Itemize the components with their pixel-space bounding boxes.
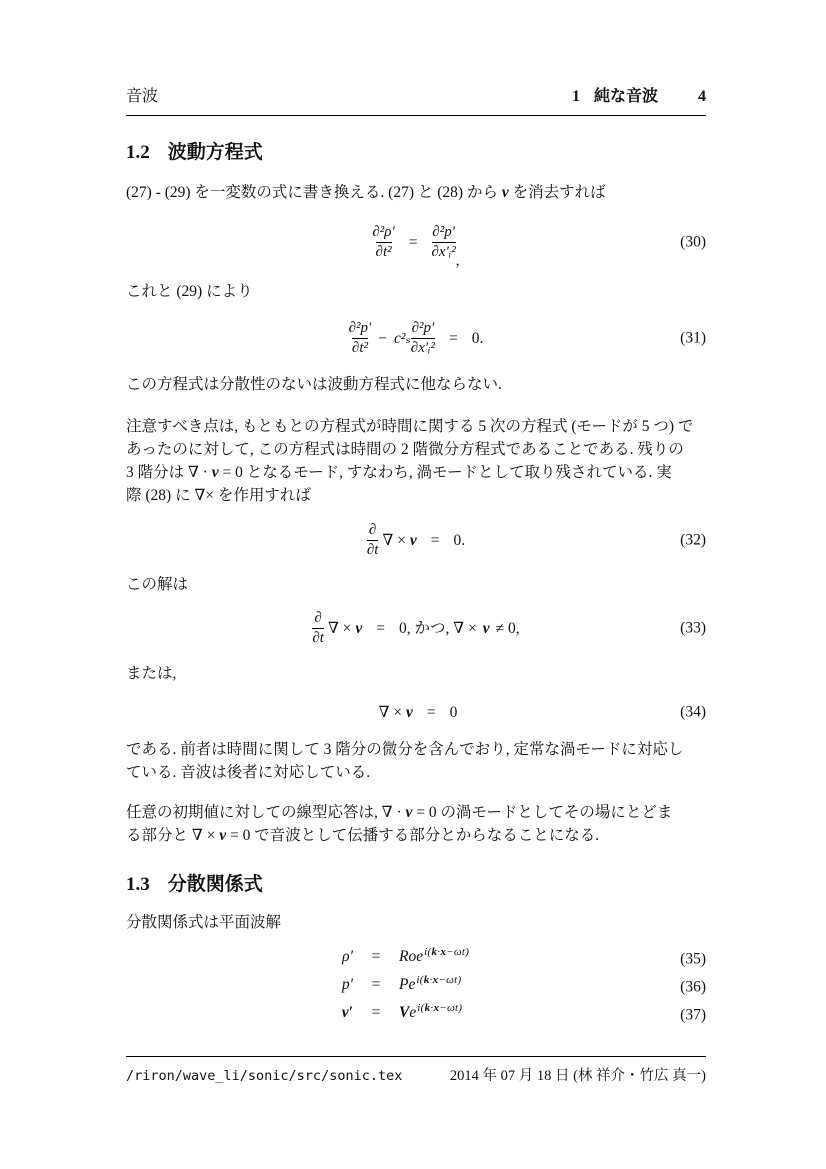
paragraph-wave-equation: この方程式は分散性のないは波動方程式に他ならない. — [126, 373, 706, 396]
denominator: ∂t² — [352, 338, 368, 357]
equation-label-30: (30) — [680, 231, 706, 254]
fraction-1: ∂²p′ ∂t² — [349, 320, 372, 357]
note-line-1: 注意すべき点は, もともとの方程式が時間に関する 5 次の方程式 (モードが 5… — [126, 415, 706, 438]
zero: 0 — [450, 701, 458, 724]
equation-label-35: (35) — [680, 948, 706, 971]
text: る部分と ∇ × — [126, 827, 219, 844]
numerator: ∂²p′ — [432, 224, 455, 241]
amplitude: Ro — [399, 948, 416, 965]
exp-base: e — [416, 948, 423, 965]
fraction-lhs: ∂²ρ′ ∂t² — [372, 224, 394, 261]
zero: 0. — [472, 327, 484, 350]
chapter-number: 1 — [572, 85, 580, 108]
section-title: 波動方程式 — [168, 141, 263, 164]
equation-label-37: (37) — [680, 1004, 706, 1027]
rhs: Roei(k·x−ωt) — [399, 945, 549, 970]
denominator: ∂t² — [376, 242, 392, 261]
math-v-prime: v′ — [283, 1001, 353, 1024]
equation-30: ∂²ρ′ ∂t² = ∂²p′ ∂x′ᵢ² , (30) — [126, 215, 706, 269]
text: = 0 で音波として伝播する部分とからなることになる. — [226, 827, 599, 844]
curl-operator: ∇ × — [328, 617, 351, 640]
math-v: v — [355, 617, 362, 640]
equals-sign: = — [376, 617, 385, 640]
math-p-prime: p′ — [283, 973, 353, 996]
text: i( — [416, 974, 423, 986]
footer-row: /riron/wave_li/sonic/src/sonic.tex 2014 … — [126, 1065, 706, 1088]
time-derivative: ∂ ∂t — [312, 610, 324, 647]
chapter-title: 純な音波 — [594, 85, 658, 108]
footer-rule — [126, 1056, 706, 1057]
math-v: v — [502, 184, 509, 201]
paragraph-linear-response: 任意の初期値に対しての線型応答は, ∇ · v = 0 の渦モードとしてその場に… — [126, 801, 706, 847]
rhs: Vei(k·x−ωt) — [399, 1001, 549, 1026]
math-v: v — [410, 529, 417, 552]
paragraph-or: または, — [126, 662, 706, 685]
equation-35: ρ′ = Roei(k·x−ωt) (35) — [126, 945, 706, 973]
page-footer: /riron/wave_li/sonic/src/sonic.tex 2014 … — [126, 1056, 706, 1088]
zero: 0. — [454, 529, 466, 552]
math-v: v — [406, 701, 413, 724]
text: = 0 の渦モードとしてその場にとどま — [412, 804, 672, 821]
rhs: Pei(k·x−ωt) — [399, 973, 549, 998]
denominator: ∂x′ᵢ² — [432, 242, 456, 261]
exponent: i(k·x−ωt) — [416, 974, 461, 986]
text: を消去すれば — [509, 184, 606, 201]
denominator: ∂t — [367, 540, 379, 559]
math-v: v — [483, 617, 490, 640]
page-content: 音波 1 純な音波 4 1.2 波動方程式 (27) - (29) を一変数の式… — [126, 0, 706, 1029]
text: 任意の初期値に対しての線型応答は, ∇ · — [126, 804, 406, 821]
amplitude: V — [399, 1004, 409, 1021]
denominator: ∂t — [312, 628, 324, 647]
equals-sign: = — [409, 231, 418, 254]
page-header: 音波 1 純な音波 4 — [126, 85, 706, 108]
paragraph-solution: この解は — [126, 573, 706, 596]
equals-sign: = — [431, 529, 440, 552]
equation-34: ∇ × v = 0 (34) — [126, 696, 706, 728]
header-chapter-info: 1 純な音波 4 — [572, 85, 706, 108]
fraction-2: ∂²p′ ∂x′ᵢ² — [411, 320, 435, 357]
section-title: 分散関係式 — [168, 873, 263, 896]
linear-line-2: る部分と ∇ × v = 0 で音波として伝播する部分とからなることになる. — [126, 824, 706, 847]
section-number: 1.3 — [126, 873, 150, 896]
exp-base: e — [408, 976, 415, 993]
paragraph-rewrite: (27) - (29) を一変数の式に書き換える. (27) と (28) から… — [126, 181, 706, 204]
equation-33: ∂ ∂t ∇ × v = 0, かつ, ∇ × v ≠ 0, (33) — [126, 605, 706, 651]
math-v: v — [212, 464, 219, 481]
equation-36: p′ = Pei(k·x−ωt) (36) — [126, 973, 706, 1001]
section-number: 1.2 — [126, 141, 150, 164]
section-heading-1-3: 1.3 分散関係式 — [126, 873, 706, 896]
paragraph-dispersion: 分散関係式は平面波解 — [126, 911, 706, 934]
note-line-2: あったのに対して, この方程式は時間の 2 階微分方程式であることである. 残り… — [126, 438, 706, 461]
exponent: i(k·x−ωt) — [424, 946, 469, 958]
note-line-3: 3 階分は ∇ · v = 0 となるモード, すなわち, 渦モードとして取り残… — [126, 461, 706, 484]
numerator: ∂ — [369, 522, 376, 539]
text: −ωt) — [446, 946, 469, 958]
equals-sign: = — [353, 1001, 399, 1024]
numerator: ∂²p′ — [412, 320, 435, 337]
comma: , — [456, 249, 460, 272]
paragraph-note: 注意すべき点は, もともとの方程式が時間に関する 5 次の方程式 (モードが 5… — [126, 415, 706, 507]
equals-sign: = — [353, 945, 399, 968]
text: −ωt) — [438, 974, 461, 986]
denominator: ∂x′ᵢ² — [411, 338, 435, 357]
time-derivative: ∂ ∂t — [367, 522, 379, 559]
numerator: ∂²p′ — [349, 320, 372, 337]
text: −ωt) — [439, 1002, 462, 1014]
footer-source-path: /riron/wave_li/sonic/src/sonic.tex — [126, 1065, 402, 1088]
equation-label-31: (31) — [680, 327, 706, 350]
equals-sign: = — [353, 973, 399, 996]
paragraph-from-29: これと (29) により — [126, 280, 706, 303]
text: 3 階分は ∇ · — [126, 464, 212, 481]
document-page: 音波 1 純な音波 4 1.2 波動方程式 (27) - (29) を一変数の式… — [0, 0, 826, 1169]
curl-operator: ∇ × — [379, 701, 402, 724]
equation-label-32: (32) — [680, 529, 706, 552]
text: = 0 となるモード, すなわち, 渦モードとして取り残されている. 実 — [219, 464, 672, 481]
header-rule — [126, 115, 706, 116]
curl-operator: ∇ × — [382, 529, 405, 552]
numerator: ∂ — [314, 610, 321, 627]
exp-base: e — [409, 1004, 416, 1021]
equals-sign: = — [427, 701, 436, 724]
footer-date-authors: 2014 年 07 月 18 日 (林 祥介・竹広 真一) — [450, 1065, 706, 1088]
section-heading-1-2: 1.2 波動方程式 — [126, 141, 706, 164]
former-line-1: である. 前者は時間に関して 3 階分の微分を含んでおり, 定常な渦モードに対応… — [126, 738, 706, 761]
equation-37: v′ = Vei(k·x−ωt) (37) — [126, 1001, 706, 1029]
linear-line-1: 任意の初期値に対しての線型応答は, ∇ · v = 0 の渦モードとしてその場に… — [126, 801, 706, 824]
equation-label-34: (34) — [680, 701, 706, 724]
sound-speed-coefficient: c²ₛ — [394, 327, 411, 350]
page-number: 4 — [698, 85, 706, 108]
not-equal-zero: ≠ 0, — [496, 617, 520, 640]
exponent: i(k·x−ωt) — [417, 1002, 462, 1014]
former-line-2: ている. 音波は後者に対応している. — [126, 761, 706, 784]
running-title: 音波 — [126, 85, 158, 108]
equation-32: ∂ ∂t ∇ × v = 0. (32) — [126, 517, 706, 563]
equation-31: ∂²p′ ∂t² − c²ₛ ∂²p′ ∂x′ᵢ² = 0. (31) — [126, 311, 706, 365]
math-rho-prime: ρ′ — [283, 945, 353, 968]
note-line-4: 際 (28) に ∇× を作用すれば — [126, 484, 706, 507]
text: i( — [417, 1002, 424, 1014]
equation-label-36: (36) — [680, 976, 706, 999]
minus-sign: − — [378, 327, 387, 350]
equation-group-plane-wave: ρ′ = Roei(k·x−ωt) (35) p′ = Pei(k·x−ωt) … — [126, 945, 706, 1029]
numerator: ∂²ρ′ — [372, 224, 394, 241]
paragraph-former-latter: である. 前者は時間に関して 3 階分の微分を含んでおり, 定常な渦モードに対応… — [126, 738, 706, 784]
text: (27) - (29) を一変数の式に書き換える. (27) と (28) から — [126, 184, 502, 201]
equals-sign: = — [449, 327, 458, 350]
equation-label-33: (33) — [680, 617, 706, 640]
fraction-rhs: ∂²p′ ∂x′ᵢ² — [432, 224, 456, 261]
condition-text: 0, かつ, ∇ × — [399, 617, 477, 640]
